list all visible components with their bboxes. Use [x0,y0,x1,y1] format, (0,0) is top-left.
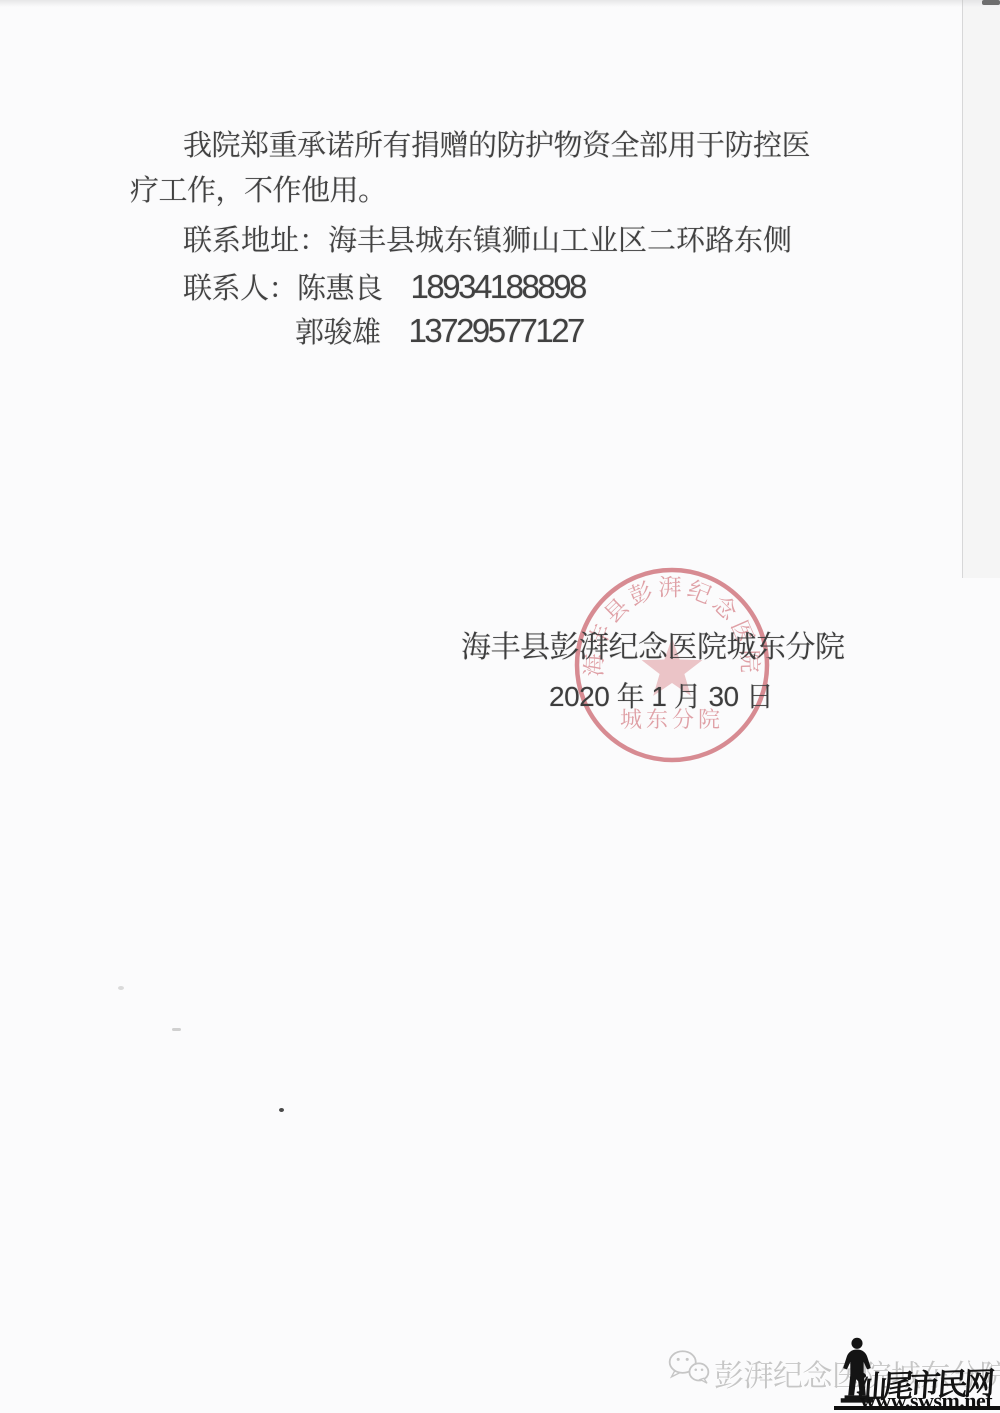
contact-label: 联系人： [183,273,297,305]
watermark-underline [834,1406,1000,1410]
pledge-line-1: 我院郑重承诺所有捐赠的防护物资全部用于防控医 [183,131,810,161]
signature-org-name: 海丰县彭湃纪念医院城东分院 [461,622,845,666]
scanned-document-page: 我院郑重承诺所有捐赠的防护物资全部用于防控医 疗工作，不作他用。 联系地址：海丰… [0,0,1000,1413]
scan-edge-band [963,0,1000,578]
contact-line-2: 郭骏雄13729577127 [295,316,583,348]
contact2-phone: 13729577127 [409,312,583,349]
pledge-line-2: 疗工作，不作他用。 [130,176,387,206]
scan-top-shade [0,0,1000,7]
wechat-icon [666,1349,712,1385]
scan-speck [279,1108,284,1112]
scan-speck [172,1028,181,1031]
scan-speck [118,986,124,990]
contact1-name: 陈惠良 [297,273,383,305]
scan-corner-mark [982,0,1000,5]
address-line: 联系地址：海丰县城东镇狮山工业区二环路东侧 [183,226,792,256]
contact-line-1: 联系人：陈惠良18934188898 [183,272,585,304]
contact2-name: 郭骏雄 [295,317,381,349]
contact1-phone: 18934188898 [411,268,585,305]
scan-edge-line [962,0,963,578]
signature-date: 2020 年 1 月 30 日 [549,675,773,715]
